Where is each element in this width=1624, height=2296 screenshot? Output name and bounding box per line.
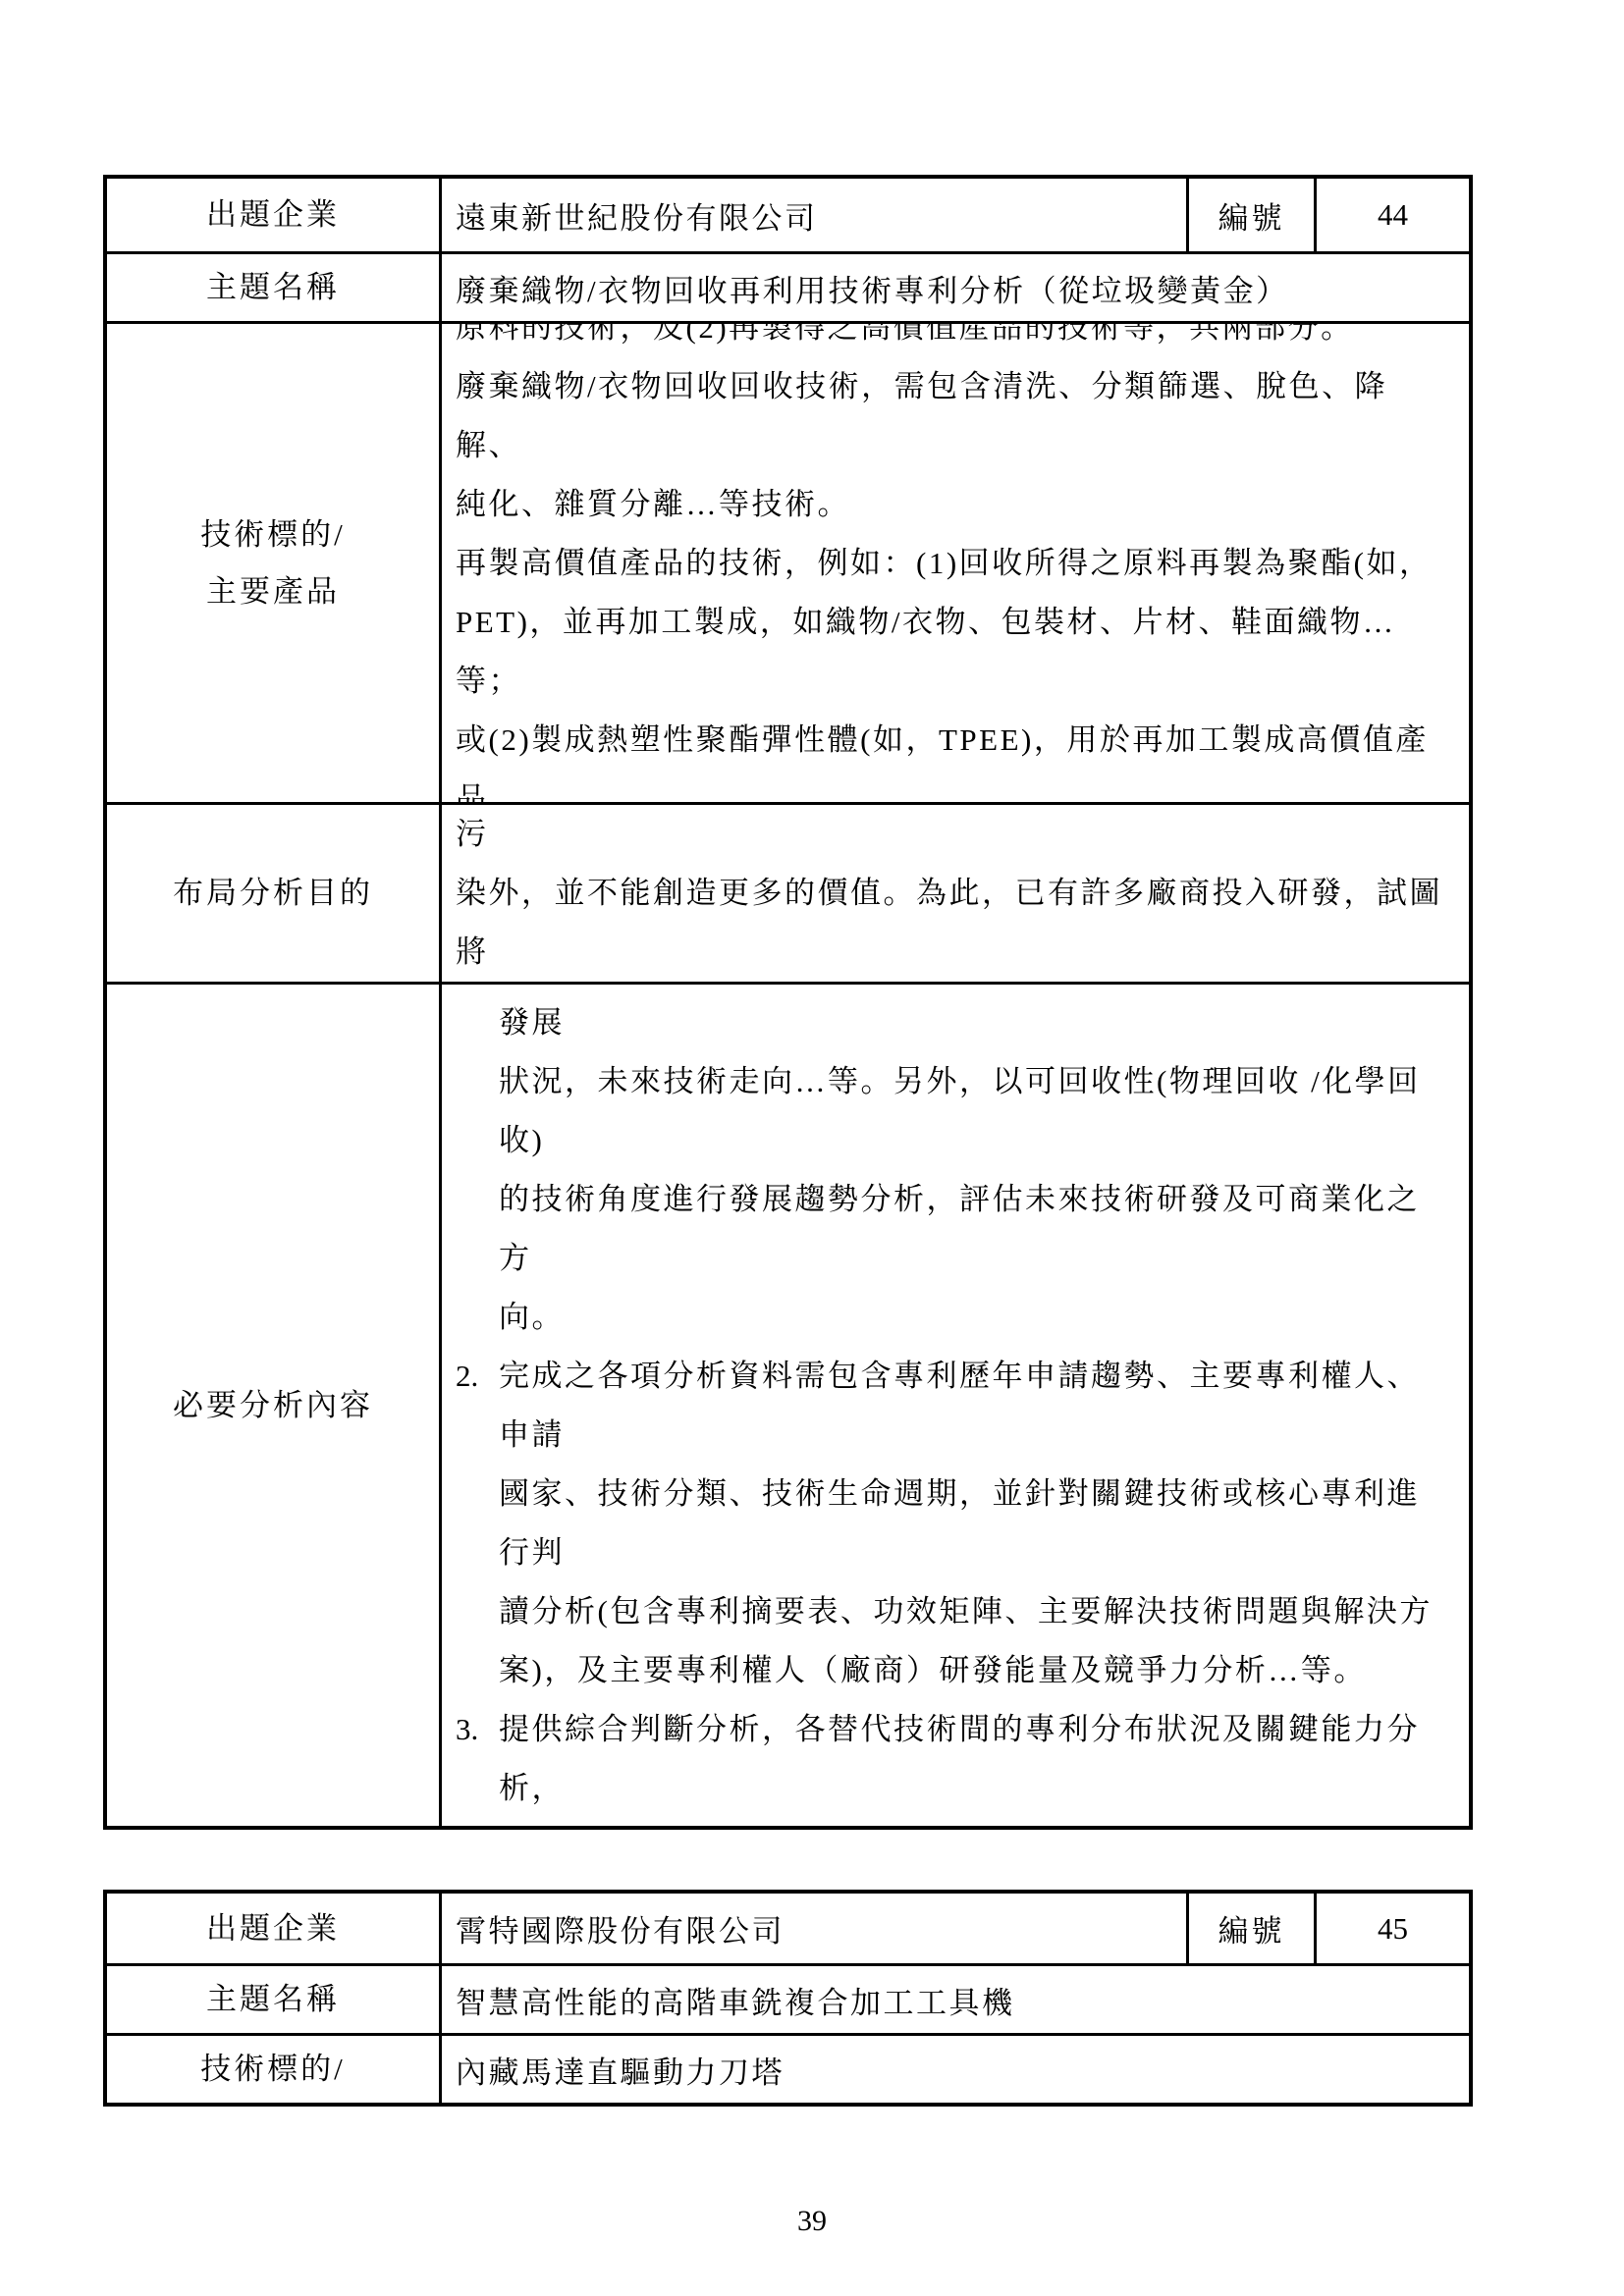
analysis-item-3-number: 3. [456, 1700, 499, 1827]
table-row-topic: 主題名稱 智慧高性能的高階車銑複合加工工具機 [107, 1963, 1469, 2033]
analysis-purpose-text: 廢棄織物/衣物過去都只能當作垃圾，或被製成燃料棒，除造成環境污 染外，並不能創造… [456, 805, 1451, 982]
technical-target-value: 內藏馬達直驅動力刀塔 [439, 2036, 1469, 2103]
analysis-item-3: 3. 提供綜合判斷分析，各替代技術間的專利分布狀況及關鍵能力分析， 哪一些技術是… [456, 1700, 1451, 1827]
serial-label: 編號 [1186, 1894, 1314, 1963]
required-analysis-value: 1. 織物回收與再製高價值產品相關技術，分析並了解從回收到再製高 價值產品間，每… [439, 985, 1469, 1826]
required-analysis-label: 必要分析內容 [107, 985, 439, 1826]
table-row-company: 出題企業 遠東新世紀股份有限公司 編號 44 [107, 179, 1469, 251]
page-number: 39 [0, 2205, 1624, 2238]
table-row-analysis-purpose: 布局分析目的 廢棄織物/衣物過去都只能當作垃圾，或被製成燃料棒，除造成環境污 染… [107, 802, 1469, 982]
table-row-topic: 主題名稱 廢棄織物/衣物回收再利用技術專利分析（從垃圾變黃金） [107, 251, 1469, 321]
analysis-item-3-text: 提供綜合判斷分析，各替代技術間的專利分布狀況及關鍵能力分析， 哪一些技術是較有商… [499, 1700, 1451, 1827]
technical-target-label: 技術標的/ 主要產品 [107, 324, 439, 802]
topic-value: 廢棄織物/衣物回收再利用技術專利分析（從垃圾變黃金） [439, 254, 1469, 321]
technical-target-value: 此專利檢索之技術標的包含:(1)廢棄織物/衣物回收後製備可再利用之 原料的技術，… [439, 324, 1469, 802]
analysis-item-1-text: 織物回收與再製高價值產品相關技術，分析並了解從回收到再製高 價值產品間，每一段技… [499, 985, 1451, 1347]
table-row-company: 出題企業 霄特國際股份有限公司 編號 45 [107, 1894, 1469, 1963]
topic-label: 主題名稱 [107, 254, 439, 321]
table-row-technical-target: 技術標的/ 主要產品 此專利檢索之技術標的包含:(1)廢棄織物/衣物回收後製備可… [107, 321, 1469, 802]
table-row-technical-target: 技術標的/ 內藏馬達直驅動力刀塔 [107, 2033, 1469, 2103]
document-page: { "page_number": "39", "tables": [ { "co… [0, 0, 1624, 2296]
company-label: 出題企業 [107, 179, 439, 251]
topic-label: 主題名稱 [107, 1966, 439, 2033]
patent-topic-table-44: 出題企業 遠東新世紀股份有限公司 編號 44 主題名稱 廢棄織物/衣物回收再利用… [103, 175, 1473, 1830]
topic-value: 智慧高性能的高階車銑複合加工工具機 [439, 1966, 1469, 2033]
company-value: 霄特國際股份有限公司 [439, 1894, 1186, 1963]
analysis-item-2-number: 2. [456, 1347, 499, 1700]
serial-number: 44 [1314, 179, 1469, 251]
serial-number: 45 [1314, 1894, 1469, 1963]
analysis-item-1: 1. 織物回收與再製高價值產品相關技術，分析並了解從回收到再製高 價值產品間，每… [456, 985, 1451, 1347]
analysis-item-2: 2. 完成之各項分析資料需包含專利歷年申請趨勢、主要專利權人、申請 國家、技術分… [456, 1347, 1451, 1700]
analysis-item-1-number: 1. [456, 985, 499, 1347]
serial-label: 編號 [1186, 179, 1314, 251]
analysis-purpose-value: 廢棄織物/衣物過去都只能當作垃圾，或被製成燃料棒，除造成環境污 染外，並不能創造… [439, 805, 1469, 982]
company-value: 遠東新世紀股份有限公司 [439, 179, 1186, 251]
patent-topic-table-45: 出題企業 霄特國際股份有限公司 編號 45 主題名稱 智慧高性能的高階車銑複合加… [103, 1890, 1473, 2107]
technical-target-label: 技術標的/ [107, 2036, 439, 2103]
technical-target-text: 此專利檢索之技術標的包含:(1)廢棄織物/衣物回收後製備可再利用之 原料的技術，… [456, 324, 1451, 802]
analysis-item-2-text: 完成之各項分析資料需包含專利歷年申請趨勢、主要專利權人、申請 國家、技術分類、技… [499, 1347, 1451, 1700]
table-row-required-analysis: 必要分析內容 1. 織物回收與再製高價值產品相關技術，分析並了解從回收到再製高 … [107, 982, 1469, 1826]
analysis-purpose-label: 布局分析目的 [107, 805, 439, 982]
company-label: 出題企業 [107, 1894, 439, 1963]
